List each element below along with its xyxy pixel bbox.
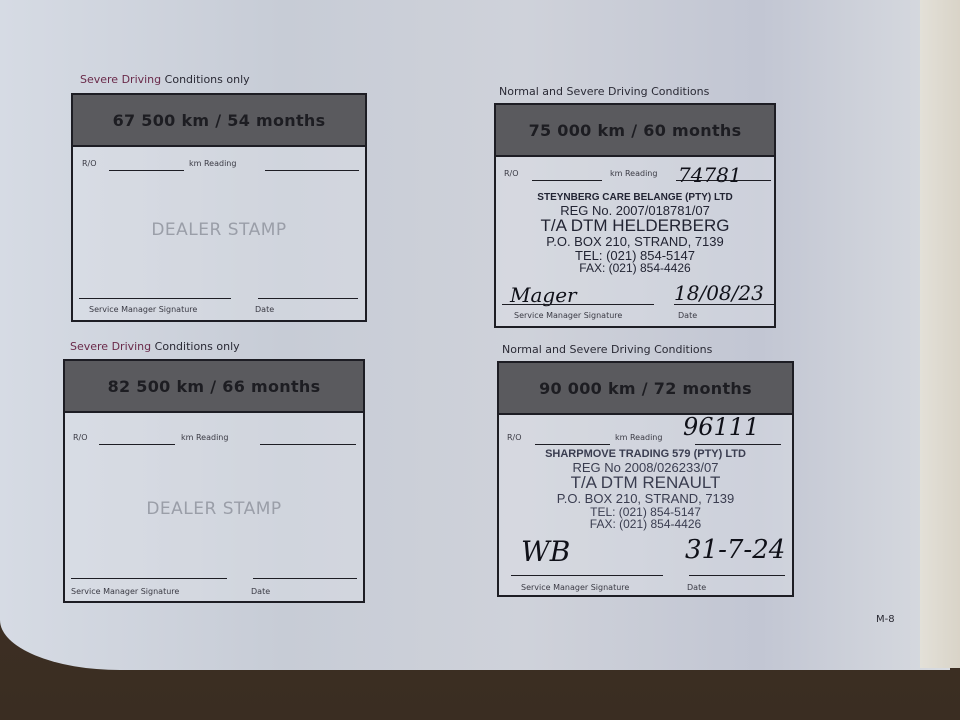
- page-stack-edge: [920, 0, 960, 668]
- km-reading-handwritten: 74781: [678, 163, 742, 187]
- signature-field[interactable]: [511, 575, 663, 576]
- stamp-line: STEYNBERG CARE BELANGE (PTY) LTD: [496, 193, 774, 204]
- km-label: km Reading: [181, 433, 228, 442]
- stamp-line: P.O. BOX 210, STRAND, 7139: [496, 235, 774, 249]
- date-field[interactable]: [258, 298, 358, 299]
- label-accent: Severe Driving: [80, 73, 161, 86]
- signature-field[interactable]: [71, 578, 227, 579]
- service-card-67500: 67 500 km / 54 months R/O km Reading DEA…: [71, 93, 367, 322]
- stamp-line: TEL: (021) 854-5147: [496, 249, 774, 263]
- date-label: Date: [678, 311, 697, 320]
- ro-field[interactable]: [99, 444, 175, 445]
- dealer-stamp: SHARPMOVE TRADING 579 (PTY) LTD REG No 2…: [499, 449, 792, 531]
- signature-field[interactable]: [79, 298, 231, 299]
- date-handwritten: 31-7-24: [685, 535, 785, 565]
- dealer-stamp: STEYNBERG CARE BELANGE (PTY) LTD REG No.…: [496, 193, 774, 275]
- ro-label: R/O: [82, 159, 97, 168]
- km-reading-handwritten: 96111: [683, 413, 759, 441]
- date-handwritten: 18/08/23: [674, 281, 764, 305]
- signature-handwritten: WB: [521, 535, 570, 568]
- label-rest: Normal and Severe Driving Conditions: [502, 343, 712, 356]
- km-field[interactable]: [260, 444, 356, 445]
- date-field[interactable]: [689, 575, 785, 576]
- signature-label: Service Manager Signature: [521, 583, 629, 592]
- service-card-82500: 82 500 km / 66 months R/O km Reading DEA…: [63, 359, 365, 603]
- section-label-severe: Severe Driving Conditions only: [80, 73, 250, 86]
- km-field[interactable]: [265, 170, 359, 171]
- stamp-line: REG No. 2007/018781/07: [496, 204, 774, 218]
- km-label: km Reading: [189, 159, 236, 168]
- section-label-normal-severe: Normal and Severe Driving Conditions: [502, 343, 712, 356]
- date-field[interactable]: [253, 578, 357, 579]
- section-label-severe: Severe Driving Conditions only: [70, 340, 240, 353]
- ro-field[interactable]: [532, 180, 602, 181]
- stamp-line: FAX: (021) 854-4426: [496, 262, 774, 275]
- date-label: Date: [255, 305, 274, 314]
- interval-header: 82 500 km / 66 months: [65, 361, 363, 413]
- page-number: M-8: [876, 614, 895, 625]
- ro-label: R/O: [507, 433, 522, 442]
- stamp-line: P.O. BOX 210, STRAND, 7139: [499, 492, 792, 506]
- signature-label: Service Manager Signature: [514, 311, 622, 320]
- stamp-line: T/A DTM HELDERBERG: [496, 217, 774, 235]
- label-rest: Conditions only: [161, 73, 249, 86]
- interval-header: 67 500 km / 54 months: [73, 95, 365, 147]
- km-label: km Reading: [615, 433, 662, 442]
- stamp-line: FAX: (021) 854-4426: [499, 518, 792, 531]
- ro-label: R/O: [504, 169, 519, 178]
- dealer-stamp-placeholder: DEALER STAMP: [65, 499, 363, 519]
- service-card-75000: 75 000 km / 60 months R/O km Reading 747…: [494, 103, 776, 328]
- km-label: km Reading: [610, 169, 657, 178]
- km-field[interactable]: [695, 444, 781, 445]
- date-label: Date: [251, 587, 270, 596]
- label-rest: Conditions only: [151, 340, 239, 353]
- ro-label: R/O: [73, 433, 88, 442]
- stamp-line: REG No 2008/026233/07: [499, 461, 792, 475]
- interval-header: 75 000 km / 60 months: [496, 105, 774, 157]
- signature-field[interactable]: [502, 304, 654, 305]
- ro-row: R/O km Reading: [65, 433, 363, 453]
- label-rest: Normal and Severe Driving Conditions: [499, 85, 709, 98]
- signature-label: Service Manager Signature: [89, 305, 197, 314]
- signature-label: Service Manager Signature: [71, 587, 179, 596]
- label-accent: Severe Driving: [70, 340, 151, 353]
- ro-field[interactable]: [535, 444, 610, 445]
- service-card-90000: 90 000 km / 72 months R/O km Reading 961…: [497, 361, 794, 597]
- ro-field[interactable]: [109, 170, 184, 171]
- ro-row: R/O km Reading: [73, 159, 365, 179]
- date-field[interactable]: [674, 304, 774, 305]
- stamp-line: T/A DTM RENAULT: [499, 474, 792, 492]
- dealer-stamp-placeholder: DEALER STAMP: [73, 220, 365, 240]
- stamp-line: SHARPMOVE TRADING 579 (PTY) LTD: [499, 449, 792, 461]
- section-label-normal-severe: Normal and Severe Driving Conditions: [499, 85, 709, 98]
- interval-header: 90 000 km / 72 months: [499, 363, 792, 415]
- date-label: Date: [687, 583, 706, 592]
